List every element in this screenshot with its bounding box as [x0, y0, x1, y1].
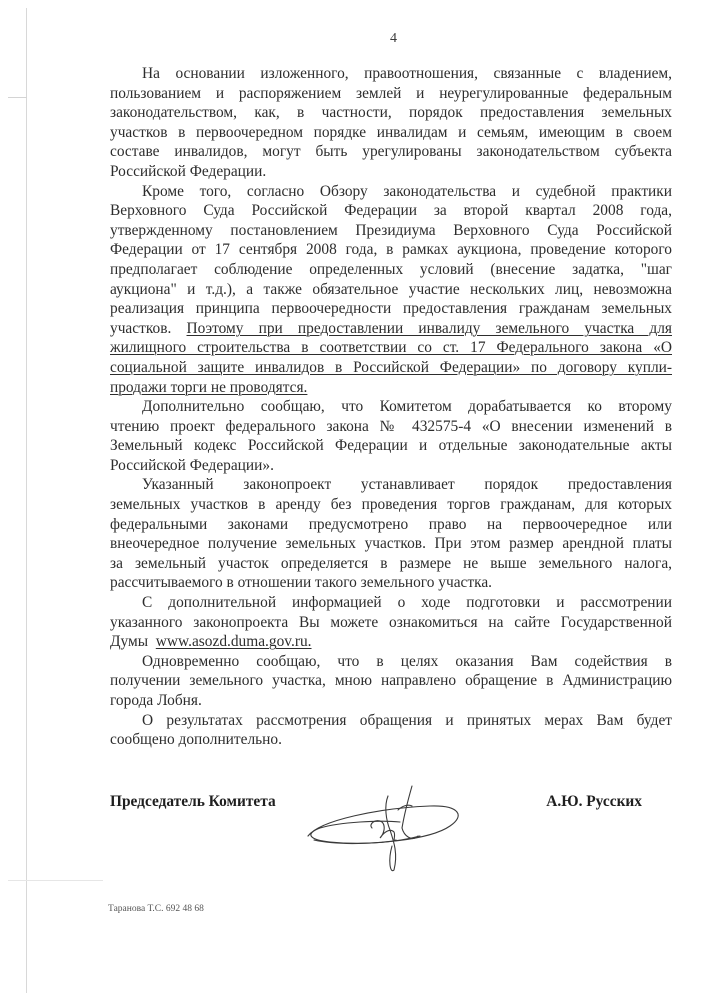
paragraph-line: указанного законопроекта Вы можете ознак… [110, 613, 672, 633]
paragraph-line: Российской Федерации». [110, 456, 672, 476]
paragraph-line-mixed: участков. Поэтому при предоставлении инв… [110, 319, 672, 339]
paragraph-line: сообщено дополнительно. [110, 730, 672, 750]
executor-contact: Таранова Т.С. 692 48 68 [108, 904, 204, 914]
paragraph-line: Верховного Суда Российской Федерации за … [110, 201, 672, 221]
paragraph-line: предполагает соблюдение определенных усл… [110, 260, 672, 280]
paragraph-line: законодательством, как, в частности, пор… [110, 103, 672, 123]
underlined-text: Поэтому при предоставлении инвалиду земе… [187, 320, 673, 337]
paragraph-line: Федерации от 17 сентября 2008 года, в ра… [110, 240, 672, 260]
letter-body: На основании изложенного, правоотношения… [110, 64, 672, 750]
paragraph-line: реализация принципа первоочередности пре… [110, 299, 672, 319]
paragraph-line: рассчитываемого в отношении такого земел… [110, 573, 672, 593]
paragraph-line: Дополнительно сообщаю, что Комитетом дор… [110, 397, 672, 417]
paragraph-line: участков в первоочередном порядке инвали… [110, 123, 672, 143]
paragraph-line: земельных участков в аренду без проведен… [110, 495, 672, 515]
paragraph-line: Одновременно сообщаю, что в целях оказан… [110, 652, 672, 672]
paragraph-line: Земельный кодекс Российской Федерации и … [110, 436, 672, 456]
paragraph-line: Российской Федерации. [110, 162, 672, 182]
paragraph-line: пользованием и распоряжением землей и не… [110, 84, 672, 104]
paragraph-line: продажи торги не проводятся. [110, 378, 672, 398]
paragraph-line: города Лобня. [110, 691, 672, 711]
page-number: 4 [0, 31, 707, 47]
paragraph-line: утвержденному постановлением Президиума … [110, 221, 672, 241]
paragraph-line: чтению проект федерального закона № 4325… [110, 417, 672, 437]
paragraph-line: Указанный законопроект устанавливает пор… [110, 475, 672, 495]
scan-mark [8, 97, 27, 98]
paragraph-line: аукциона" и т.д.), а также обязательное … [110, 280, 672, 300]
paragraph-line: внеочередное получение земельных участко… [110, 534, 672, 554]
signatory-title: Председатель Комитета [110, 793, 276, 811]
plain-text: участков. [110, 320, 171, 337]
paragraph-line: за земельный участок определяется в разм… [110, 554, 672, 574]
paragraph-line: Думы www.asozd.duma.gov.ru. [110, 632, 672, 652]
paragraph-line: федеральными законами предусмотрено прав… [110, 515, 672, 535]
paragraph-line: составе инвалидов, могут быть урегулиров… [110, 142, 672, 162]
document-page: 4 На основании изложенного, правоотношен… [0, 0, 707, 1000]
scan-mark [8, 880, 103, 881]
handwritten-signature-icon [300, 780, 465, 875]
underlined-text: продажи торги не проводятся. [110, 379, 307, 396]
underlined-line: жилищного строительства в соответствии с… [110, 338, 672, 358]
plain-text: Думы [110, 633, 152, 650]
paragraph-line: С дополнительной информацией о ходе подг… [110, 593, 672, 613]
duma-website-link[interactable]: www.asozd.duma.gov.ru. [156, 633, 312, 650]
paragraph-line: получении земельного участка, мною напра… [110, 671, 672, 691]
scan-edge-line [26, 8, 27, 993]
paragraph-line: На основании изложенного, правоотношения… [110, 64, 672, 84]
paragraph-line: Кроме того, согласно Обзору законодатель… [110, 182, 672, 202]
paragraph-line: О результатах рассмотрения обращения и п… [110, 711, 672, 731]
underlined-line: социальной защите инвалидов в Российской… [110, 358, 672, 378]
signatory-name: А.Ю. Русских [546, 793, 642, 811]
